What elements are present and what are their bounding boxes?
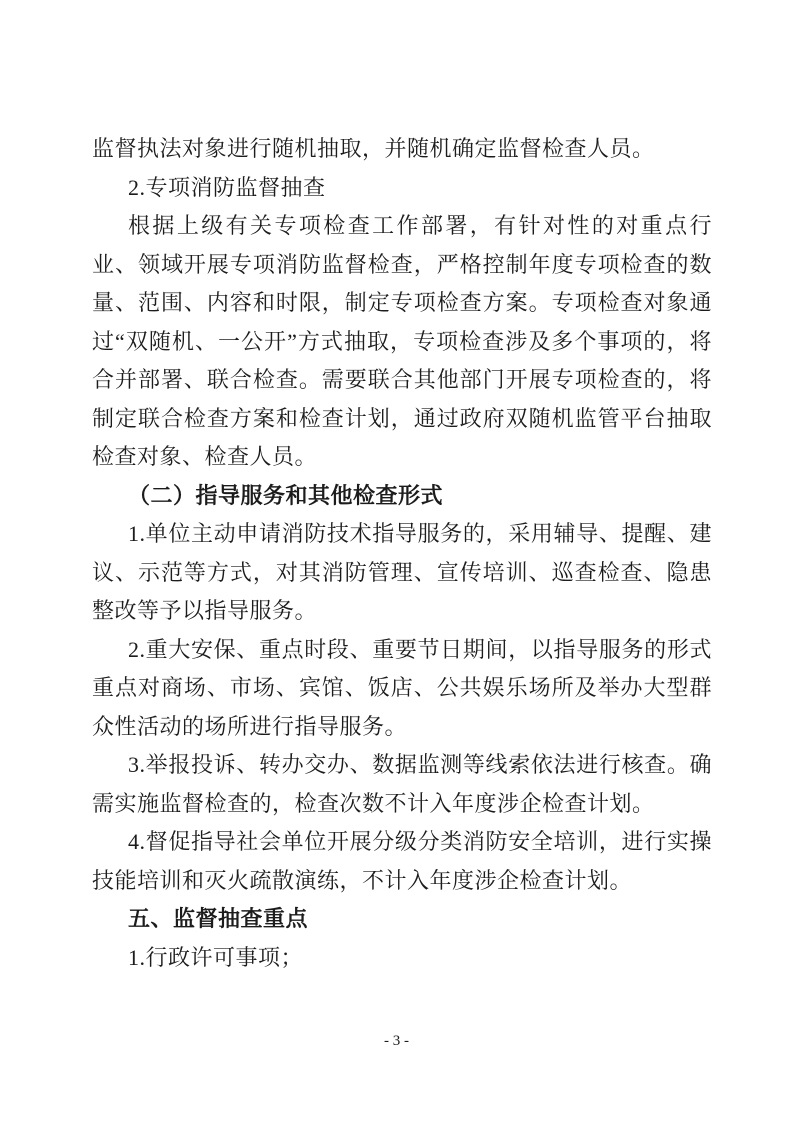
paragraph: 监督执法对象进行随机抽取，并随机确定监督检查人员。 bbox=[92, 130, 712, 169]
paragraph: 根据上级有关专项检查工作部署，有针对性的对重点行业、领域开展专项消防监督检查，严… bbox=[92, 207, 712, 477]
document-page: 监督执法对象进行随机抽取，并随机确定监督检查人员。2.专项消防监督抽查根据上级有… bbox=[0, 0, 793, 1122]
paragraph: 4.督促指导社会单位开展分级分类消防安全培训，进行实操技能培训和灭火疏散演练，不… bbox=[92, 823, 712, 900]
paragraph: 1.单位主动申请消防技术指导服务的，采用辅导、提醒、建议、示范等方式，对其消防管… bbox=[92, 515, 712, 631]
paragraph: 1.行政许可事项； bbox=[92, 939, 712, 978]
paragraph: 2.重大安保、重点时段、重要节日期间，以指导服务的形式重点对商场、市场、宾馆、饭… bbox=[92, 631, 712, 747]
section-heading: （二）指导服务和其他检查形式 bbox=[92, 477, 712, 516]
page-number: - 3 - bbox=[0, 1031, 793, 1051]
paragraph: 2.专项消防监督抽查 bbox=[92, 169, 712, 208]
paragraph: 3.举报投诉、转办交办、数据监测等线索依法进行核查。确需实施监督检查的，检查次数… bbox=[92, 746, 712, 823]
document-body: 监督执法对象进行随机抽取，并随机确定监督检查人员。2.专项消防监督抽查根据上级有… bbox=[92, 130, 712, 977]
section-heading: 五、监督抽查重点 bbox=[92, 900, 712, 939]
